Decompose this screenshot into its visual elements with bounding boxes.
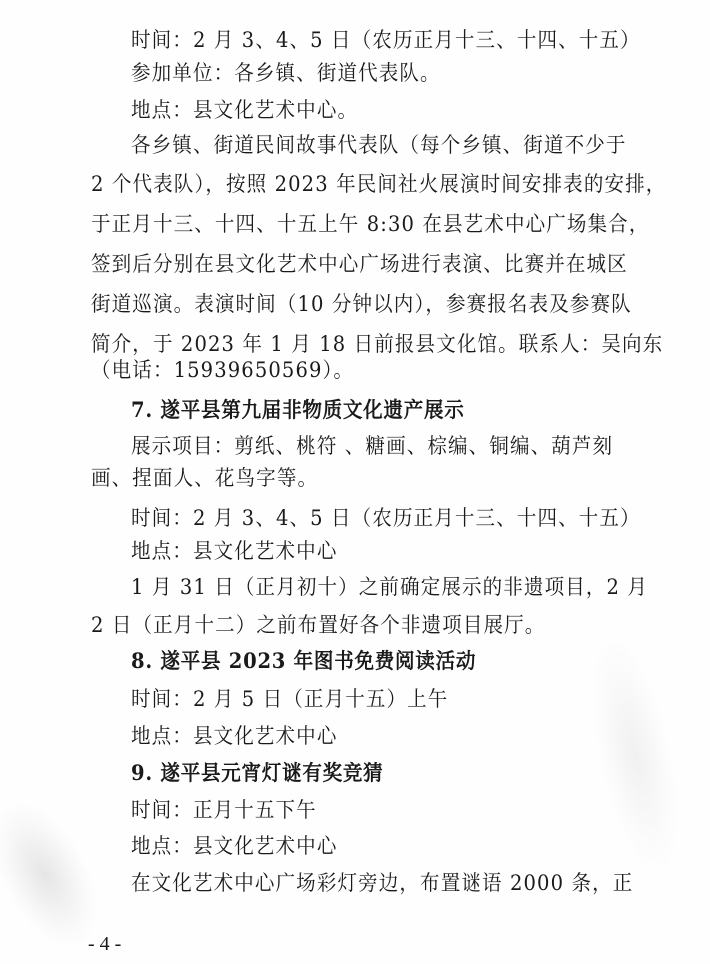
text-line: 各乡镇、街道民间故事代表队（每个乡镇、街道不少于	[131, 132, 627, 158]
section-heading-7: 7. 遂平县第九届非物质文化遗产展示	[131, 397, 465, 423]
text-line: 于正月十三、十四、十五上午 8:30 在县艺术中心广场集合，	[91, 211, 649, 237]
text-line: 时间：2 月 3、4、5 日（农历正月十三、十四、十五）	[131, 505, 641, 531]
text-line: 时间：2 月 3、4、5 日（农历正月十三、十四、十五）	[131, 27, 641, 53]
text-line: 在文化艺术中心广场彩灯旁边，布置谜语 2000 条，正	[131, 870, 633, 896]
text-line: 地点：县文化艺术中心	[131, 833, 337, 859]
text-line: 2 日（正月十二）之前布置好各个非遗项目展厅。	[91, 612, 545, 638]
text-line: 画、捏面人、花鸟字等。	[91, 465, 318, 491]
text-line: 地点：县文化艺术中心。	[131, 97, 358, 123]
text-line: 地点：县文化艺术中心	[131, 538, 337, 564]
text-line: 展示项目：剪纸、桃符 、糖画、棕编、铜编、葫芦刻	[131, 433, 613, 459]
text-line: 地点：县文化艺术中心	[131, 723, 337, 749]
document-page: 时间：2 月 3、4、5 日（农历正月十三、十四、十五） 参加单位：各乡镇、街道…	[0, 0, 710, 964]
text-line: 时间：2 月 5 日（正月十五）上午	[131, 686, 448, 712]
text-line: 2 个代表队），按照 2023 年民间社火展演时间安排表的安排，	[91, 171, 666, 197]
section-heading-9: 9. 遂平县元宵灯谜有奖竞猜	[131, 760, 383, 786]
text-line: 参加单位：各乡镇、街道代表队。	[131, 60, 441, 86]
text-line: 简介，于 2023 年 1 月 18 日前报县文化馆。联系人：吴向东	[91, 331, 663, 357]
text-line: （电话：15939650569）。	[91, 357, 354, 383]
text-line: 时间：正月十五下午	[131, 797, 317, 823]
text-line: 街道巡演。表演时间（10 分钟以内），参赛报名表及参赛队	[91, 291, 632, 317]
section-heading-8: 8. 遂平县 2023 年图书免费阅读活动	[131, 648, 476, 674]
text-line: 签到后分别在县文化艺术中心广场进行表演、比赛并在城区	[91, 251, 628, 277]
text-line: 1 月 31 日（正月初十）之前确定展示的非遗项目，2 月	[131, 574, 648, 600]
page-number: - 4 -	[88, 931, 121, 957]
scan-smudge	[577, 635, 693, 875]
